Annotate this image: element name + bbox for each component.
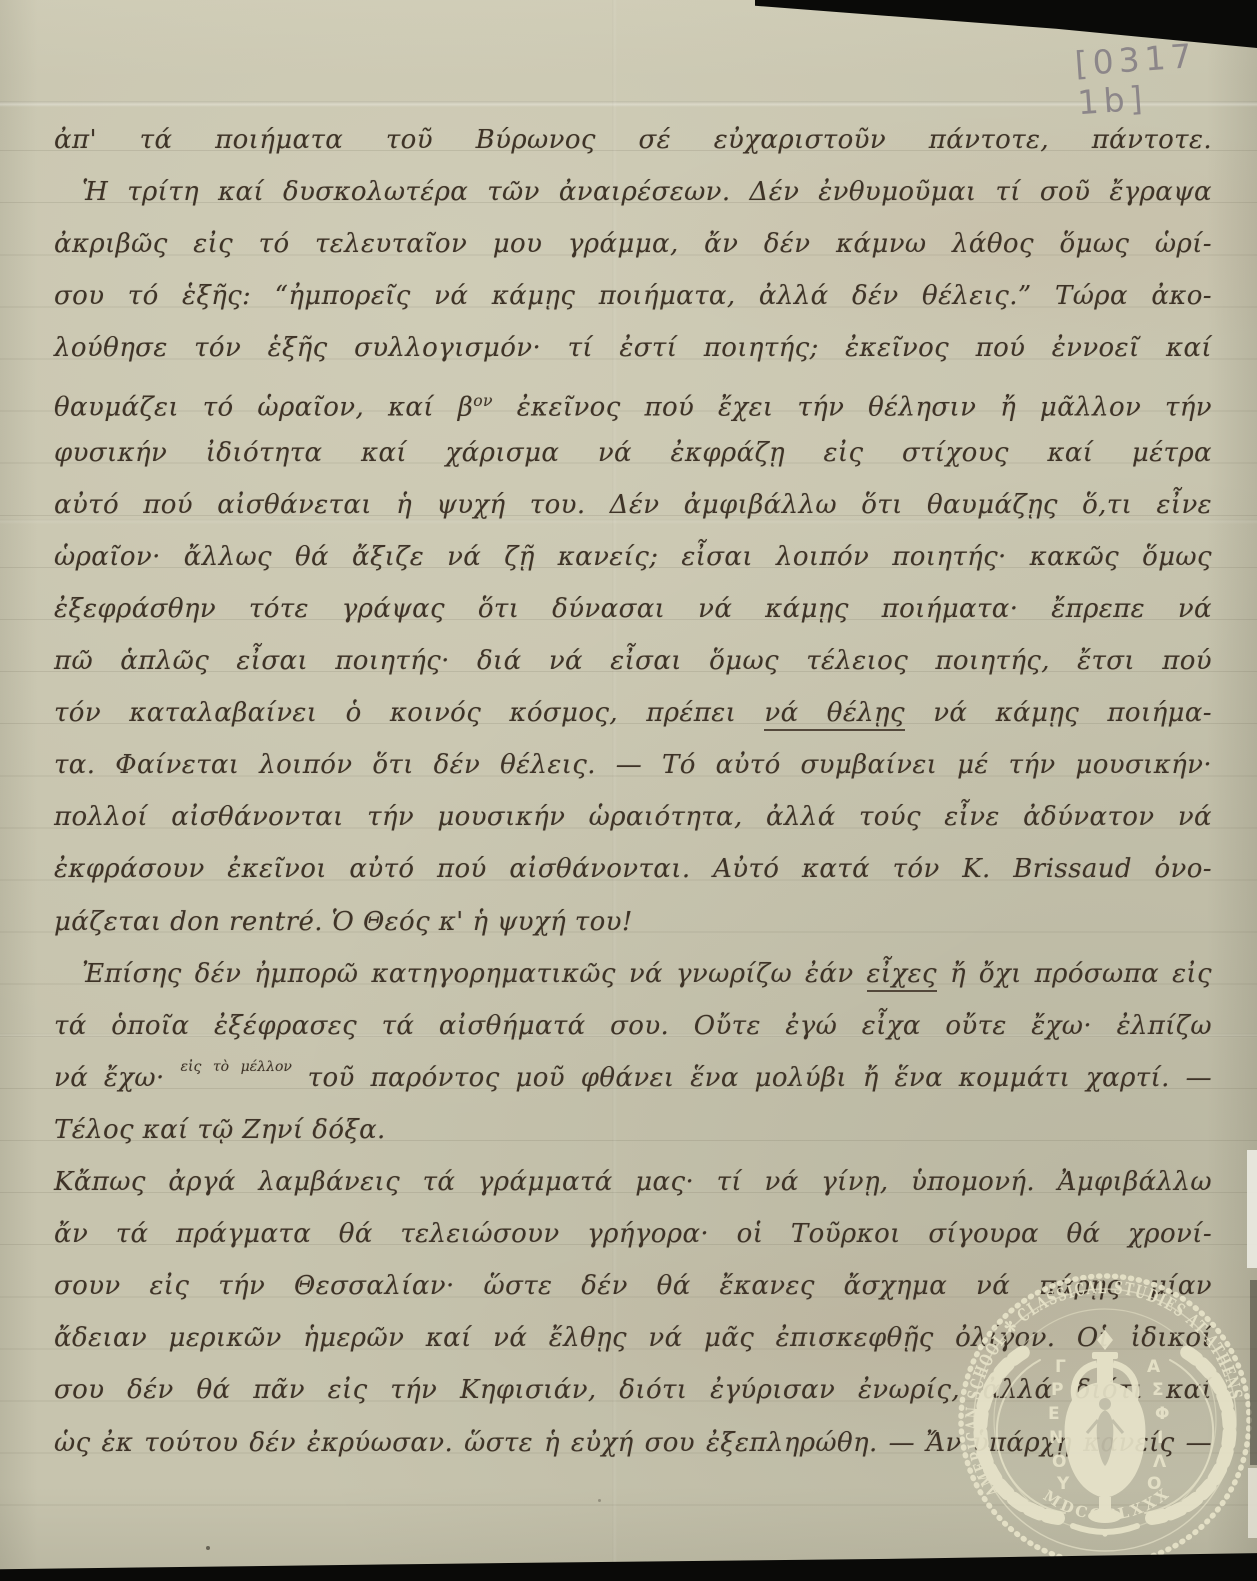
handwriting-line: τα. Φαίνεται λοιπόν ὅτι δέν θέλεις. — Τό… — [54, 743, 1212, 791]
handwriting-line: φυσικήν ἰδιότητα καί χάρισμα νά ἐκφράζῃ … — [54, 431, 1212, 479]
handwriting-line: Τέλος καί τῷ Ζηνί δόξα. — [54, 1108, 1212, 1156]
scan-edge-artifact — [1247, 1150, 1257, 1268]
handwriting-line: αὐτό πού αἰσθάνεται ἡ ψυχή του. Δέν ἀμφι… — [54, 483, 1212, 531]
handwriting-segment: θαυμάζει τό ὡραῖον, καί β — [54, 392, 473, 422]
handwriting-line: ἐκφράσουν ἐκεῖνοι αὐτό πού αἰσθάνονται. … — [54, 847, 1212, 895]
handwriting-line: τά ὁποῖα ἐξέφρασες τά αἰσθήματά σου. Οὔτ… — [54, 1004, 1212, 1052]
handwriting-segment: λούθησε τόν ἑξῆς συλλογισμόν· τί ἐστί πο… — [54, 333, 1212, 363]
handwriting-segment: ἄν τά πράγματα θά τελειώσουν γρήγορα· οἱ… — [54, 1219, 1212, 1249]
handwriting-line: πῶ ἁπλῶς εἶσαι ποιητής· διά νά εἶσαι ὅμω… — [54, 639, 1212, 687]
scanned-letter-photo: ἀπ' τά ποιήματα τοῦ Βύρωνος σέ εὐχαριστο… — [0, 0, 1257, 1581]
handwriting-line: ὡραῖον· ἄλλως θά ἄξιζε νά ζῇ κανείς; εἶσ… — [54, 535, 1212, 583]
ascsa-embossed-seal-icon: AMERICAN SCHOOL ✻ CLASSICAL STUDIES AT A… — [955, 1268, 1255, 1580]
handwriting-line: λούθησε τόν ἑξῆς συλλογισμόν· τί ἐστί πο… — [54, 326, 1212, 374]
handwriting-segment: νά κάμῃς ποιήμα- — [905, 698, 1212, 728]
interlinear-insertion: εἰς τὸ μέλλον — [180, 1059, 291, 1075]
handwriting-segment: τόν καταλαβαίνει ὁ κοινός κόσμος, πρέπει — [54, 698, 764, 728]
handwriting-segment: ὡραῖον· ἄλλως θά ἄξιζε νά ζῇ κανείς; εἶσ… — [54, 542, 1212, 572]
scan-edge-shadow — [1250, 1280, 1257, 1465]
handwriting-segment: νά ἔχω· — [54, 1063, 180, 1093]
handwriting-segment: τά ὁποῖα ἐξέφρασες τά αἰσθήματά σου. Οὔτ… — [54, 1011, 1212, 1041]
handwriting-segment: ἐξεφράσθην τότε γράψας ὅτι δύνασαι νά κά… — [54, 594, 1212, 624]
handwriting-line: Ἡ τρίτη καί δυσκολωτέρα τῶν ἀναιρέσεων. … — [54, 170, 1212, 218]
handwriting-segment: πολλοί αἰσθάνονται τήν μουσικήν ὡραιότητ… — [54, 802, 1212, 832]
paper-speck — [206, 1546, 210, 1550]
handwriting-line: ἀκριβῶς εἰς τό τελευταῖον μου γράμμα, ἄν… — [54, 222, 1212, 270]
handwriting-line: Ἐπίσης δέν ἠμπορῶ κατηγορηματικῶς νά γνω… — [54, 952, 1212, 1000]
handwriting-segment: τα. Φαίνεται λοιπόν ὅτι δέν θέλεις. — Τό… — [54, 750, 1212, 780]
letter-paper: ἀπ' τά ποιήματα τοῦ Βύρωνος σέ εὐχαριστο… — [0, 0, 1257, 1581]
handwriting-line: πολλοί αἰσθάνονται τήν μουσικήν ὡραιότητ… — [54, 795, 1212, 843]
handwriting-segment: φυσικήν ἰδιότητα καί χάρισμα νά ἐκφράζῃ … — [54, 438, 1212, 468]
handwriting-line: μάζεται don rentré. Ὁ Θεός κ' ἡ ψυχή του… — [54, 900, 1212, 948]
handwriting-segment: Τέλος καί τῷ Ζηνί δόξα. — [54, 1115, 386, 1145]
handwriting-segment: ον — [473, 392, 493, 410]
handwriting-line: σου τό ἑξῆς: “ἠμπορεῖς νά κάμῃς ποιήματα… — [54, 274, 1212, 322]
handwriting-segment: σου τό ἑξῆς: “ἠμπορεῖς νά κάμῃς ποιήματα… — [54, 281, 1212, 311]
handwriting-segment: Κἄπως ἀργά λαμβάνεις τά γράμματά μας· τί… — [54, 1167, 1212, 1197]
handwriting-line: ἐξεφράσθην τότε γράψας ὅτι δύνασαι νά κά… — [54, 587, 1212, 635]
handwriting-segment: μάζεται don rentré. Ὁ Θεός κ' ἡ ψυχή του… — [54, 907, 633, 937]
handwriting-segment: αὐτό πού αἰσθάνεται ἡ ψυχή του. Δέν ἀμφι… — [54, 490, 1212, 520]
handwriting-segment: Ἐπίσης δέν ἠμπορῶ κατηγορηματικῶς νά γνω… — [82, 959, 867, 989]
underlined-phrase: νά θέλῃς — [764, 698, 905, 731]
handwriting-segment: ἤ ὄχι πρόσωπα εἰς — [937, 959, 1212, 989]
handwriting-segment: πῶ ἁπλῶς εἶσαι ποιητής· διά νά εἶσαι ὅμω… — [54, 646, 1212, 676]
handwriting-line: νά ἔχω· εἰς τὸ μέλλον τοῦ παρόντος μοῦ φ… — [54, 1056, 1212, 1104]
handwriting-segment: ἀπ' τά ποιήματα τοῦ Βύρωνος σέ εὐχαριστο… — [54, 125, 1212, 155]
handwriting-segment: ἐκεῖνος πού ἔχει τήν θέλησιν ἤ μᾶλλον τή… — [493, 392, 1212, 422]
handwriting-segment: τοῦ παρόντος μοῦ φθάνει ἕνα μολύβι ἤ ἕνα… — [292, 1063, 1212, 1093]
handwriting-segment: ἀκριβῶς εἰς τό τελευταῖον μου γράμμα, ἄν… — [54, 229, 1212, 259]
handwriting-line: τόν καταλαβαίνει ὁ κοινός κόσμος, πρέπει… — [54, 691, 1212, 739]
handwriting-line: Κἄπως ἀργά λαμβάνεις τά γράμματά μας· τί… — [54, 1160, 1212, 1208]
paper-speck — [598, 1499, 601, 1502]
handwriting-segment: ἐκφράσουν ἐκεῖνοι αὐτό πού αἰσθάνονται. … — [54, 854, 1212, 884]
seal-amphora-icon — [1065, 1330, 1146, 1523]
seal-greek-letters-right: ΑΣΦΙΛΟ — [1147, 1357, 1169, 1494]
handwriting-segment: Ἡ τρίτη καί δυσκολωτέρα τῶν ἀναιρέσεων. … — [82, 177, 1212, 207]
handwriting-line: ἀπ' τά ποιήματα τοῦ Βύρωνος σέ εὐχαριστο… — [54, 118, 1212, 166]
handwriting-line: θαυμάζει τό ὡραῖον, καί βον ἐκεῖνος πού … — [54, 379, 1212, 427]
handwriting-line: ἄν τά πράγματα θά τελειώσουν γρήγορα· οἱ… — [54, 1212, 1212, 1260]
scan-edge-artifact — [1248, 1468, 1257, 1538]
underlined-phrase: εἶχες — [867, 959, 937, 992]
